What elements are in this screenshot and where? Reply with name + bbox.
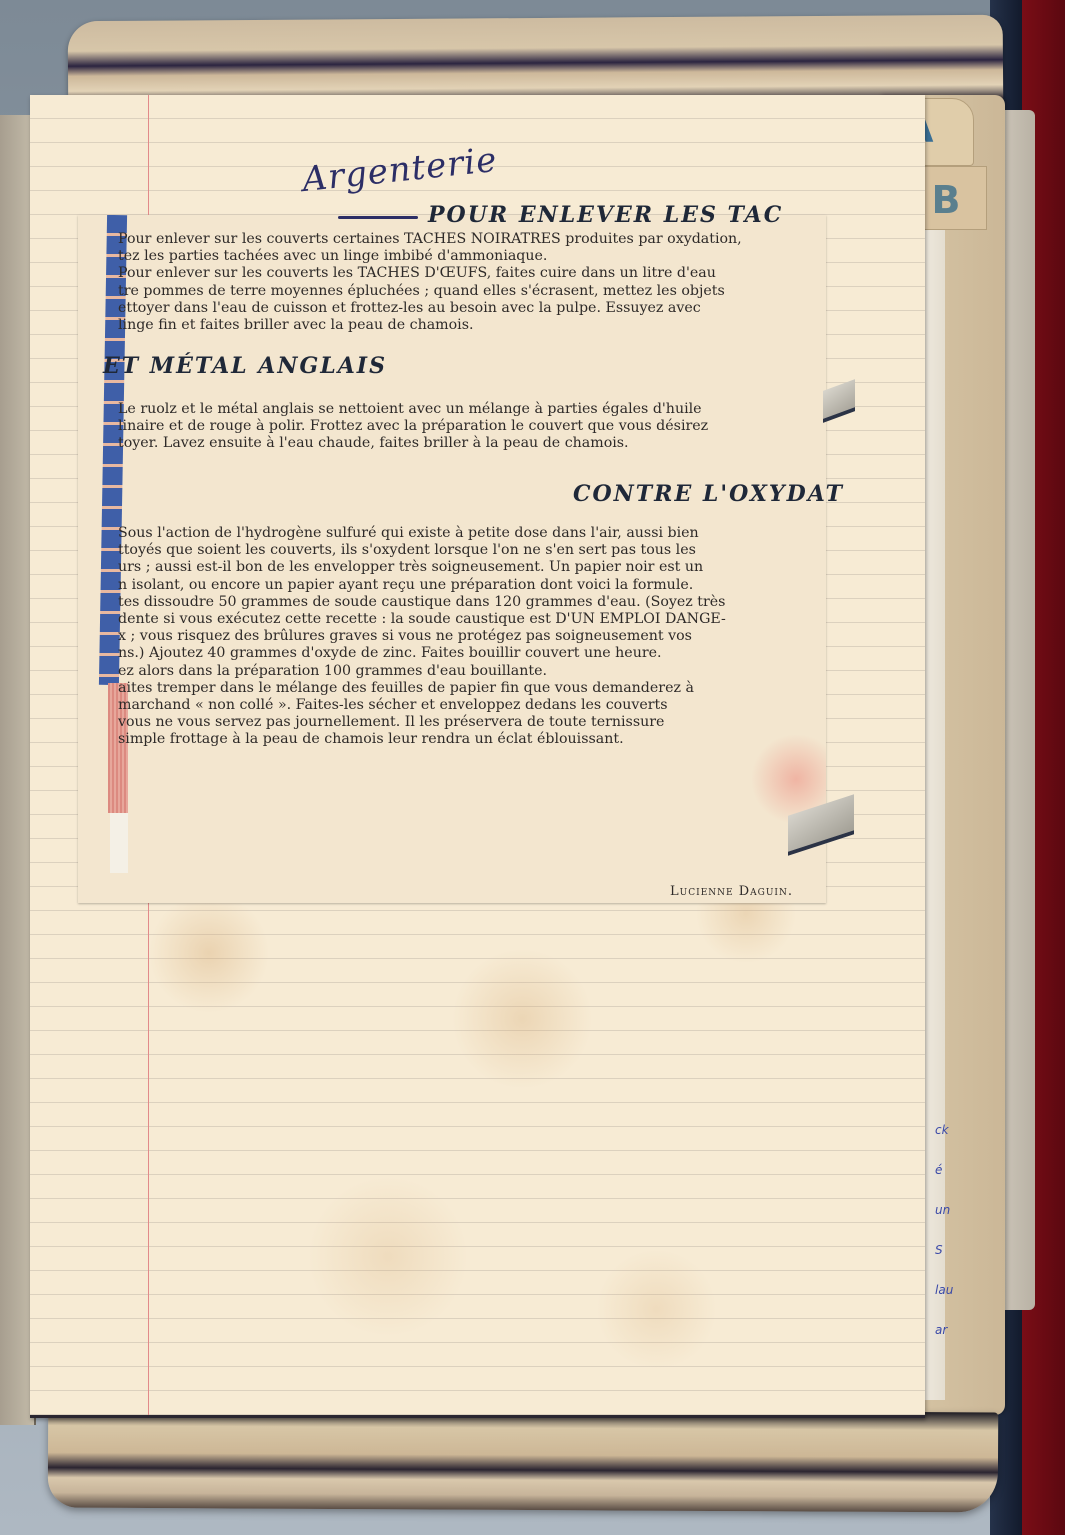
section-paragraph: Sous l'action de l'hydrogène sulfuré qui… xyxy=(118,525,803,749)
section-heading: CONTRE L'OXYDAT xyxy=(573,481,844,507)
margin-note: ck xyxy=(935,1110,965,1150)
margin-note: ar xyxy=(935,1310,965,1350)
page-stack-bottom-edge xyxy=(48,1408,999,1513)
notebook-page: Argenterie POUR ENLEVER LES TAC Pour enl… xyxy=(30,95,925,1418)
margin-note: é xyxy=(935,1150,965,1190)
margin-note: S xyxy=(935,1230,965,1270)
newspaper-clipping: POUR ENLEVER LES TAC Pour enlever sur le… xyxy=(78,215,826,903)
author-signature: Lucienne Daguin. xyxy=(670,884,793,899)
ink-underline-stroke xyxy=(338,216,418,219)
section-paragraph: Pour enlever sur les couverts certaines … xyxy=(118,231,803,334)
heading-text: POUR ENLEVER LES TAC xyxy=(428,202,783,228)
tape-end xyxy=(110,813,128,873)
handwritten-title: Argenterie xyxy=(300,140,499,200)
section-heading: POUR ENLEVER LES TAC xyxy=(428,202,783,228)
margin-note: un xyxy=(935,1190,965,1230)
eraser-fragment xyxy=(788,794,854,855)
handwritten-margin-notes: ck é un S lau ar xyxy=(935,1110,965,1400)
margin-note: lau xyxy=(935,1270,965,1310)
section-heading: ET MÉTAL ANGLAIS xyxy=(103,353,387,379)
section-paragraph: Le ruolz et le métal anglais se nettoien… xyxy=(118,401,803,453)
eraser-fragment xyxy=(823,379,855,423)
